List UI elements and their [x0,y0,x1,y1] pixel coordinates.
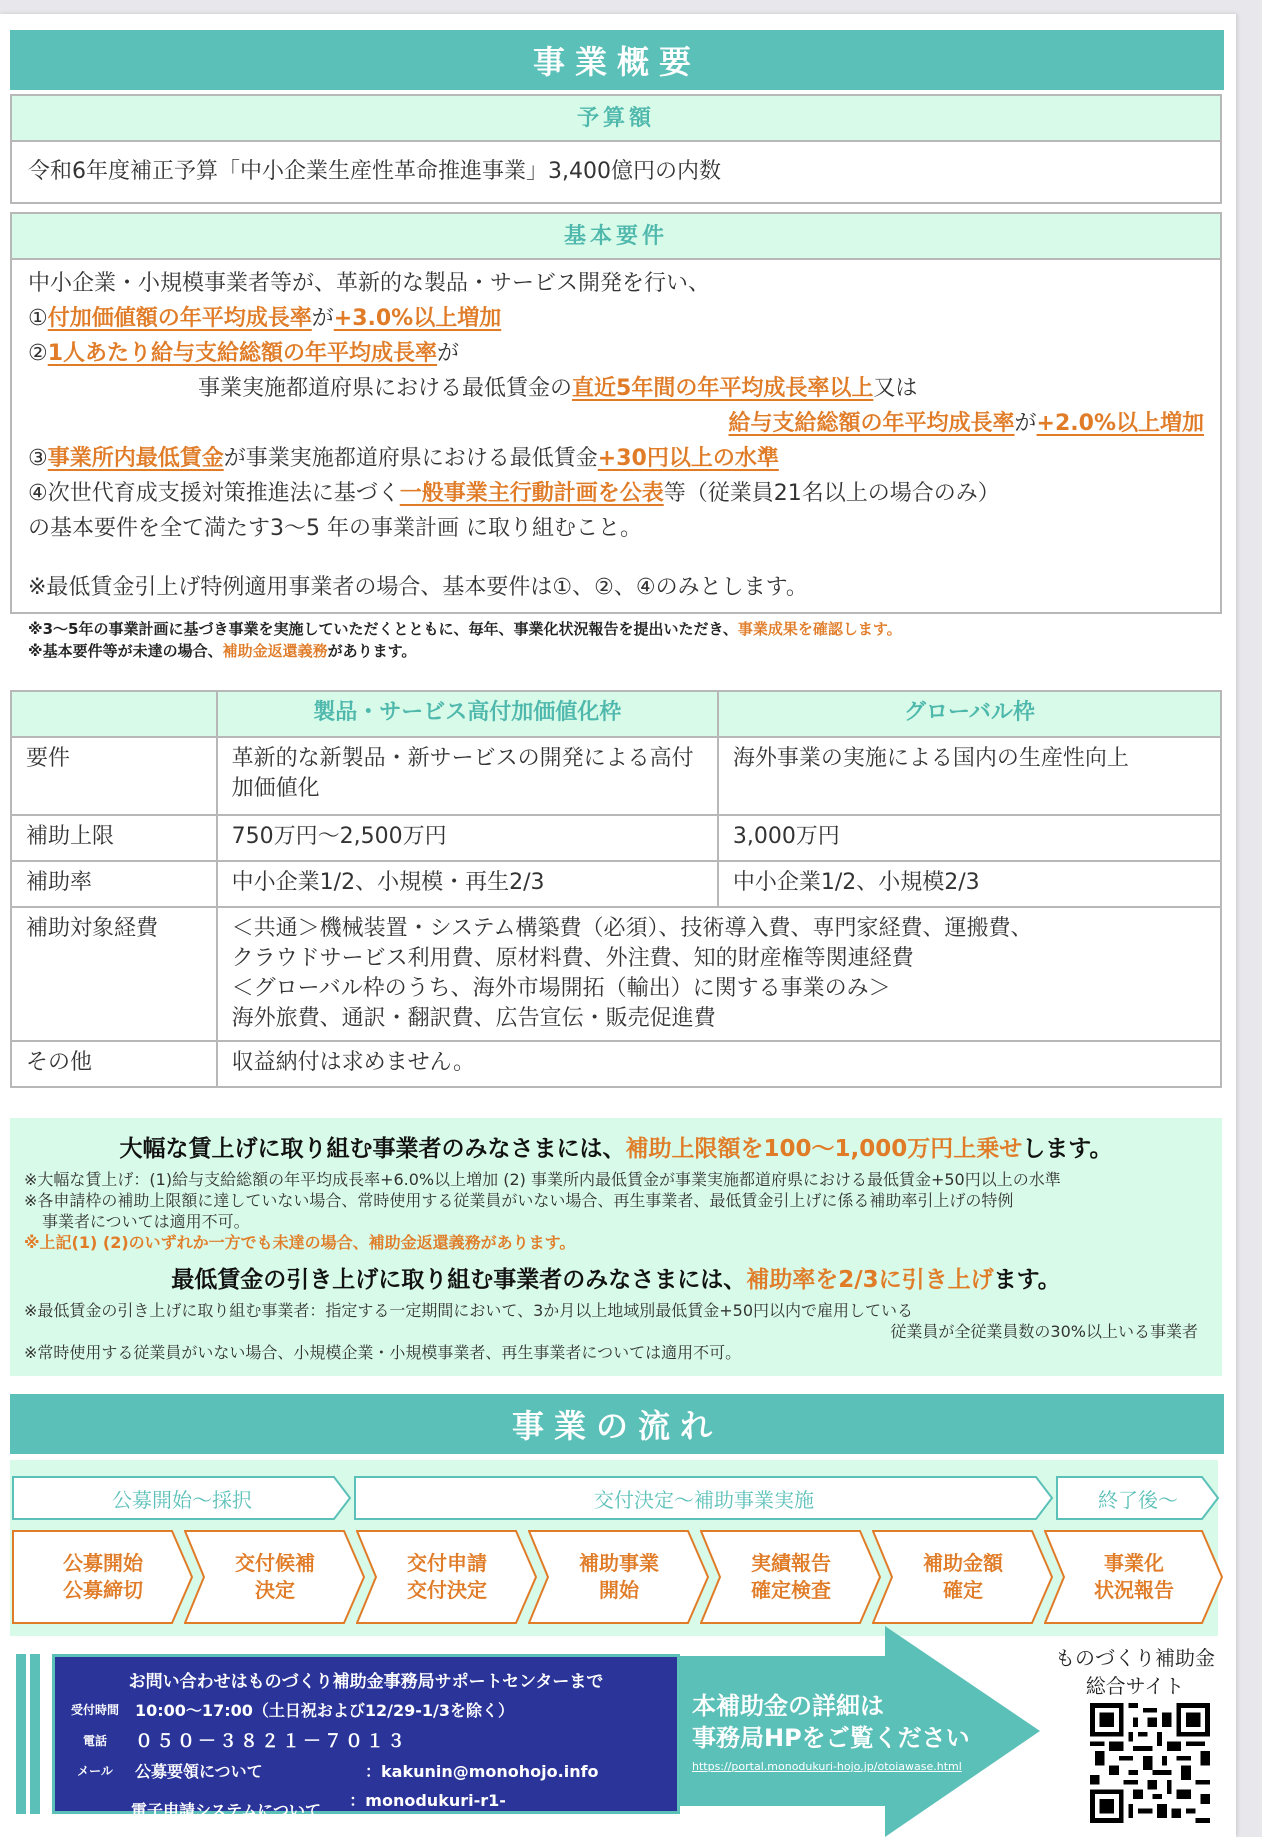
table-header-row: 製品・サービス高付加価値化枠 グローバル枠 [11,691,1221,737]
flow-step-1: 公募開始 公募締切 [12,1530,194,1624]
table-row: 補助率 中小企業1/2、小規模・再生2/3 中小企業1/2、小規模2/3 [11,861,1221,907]
notes: ※3〜5年の事業計画に基づき事業を実施していただくとともに、毎年、事業化状況報告… [28,618,902,662]
budget-heading: 予算額 [12,96,1220,142]
table-row: 補助対象経費 ＜共通＞機械装置・システム構築費（必須）、技術導入費、専門家経費、… [11,907,1221,1041]
table-row: その他 収益納付は求めません。 [11,1041,1221,1087]
phase-after: 終了後〜 [1056,1476,1220,1520]
wage-title-2: 最低賃金の引き上げに取り組む事業者のみなさまには、補助率を2/3に引き上げます。 [24,1261,1208,1294]
requirement-1: ①付加価値額の年平均成長率が+3.0%以上増加 [28,301,1204,336]
section-title-flow: 事業の流れ [10,1394,1224,1454]
phase-implementation: 交付決定〜補助事業実施 [354,1476,1054,1520]
qr-code-icon[interactable] [1090,1702,1210,1824]
table-row: 補助上限 750万円〜2,500万円 3,000万円 [11,815,1221,861]
basic-requirements-box: 基本要件 中小企業・小規模事業者等が、革新的な製品・サービス開発を行い、 ①付加… [10,212,1222,614]
phase-application: 公募開始〜採択 [12,1476,352,1520]
subsidy-table: 製品・サービス高付加価値化枠 グローバル枠 要件 革新的な新製品・新サービスの開… [10,690,1222,1088]
header-high-value-frame: 製品・サービス高付加価値化枠 [217,691,718,737]
section-title-overview: 事業概要 [10,30,1224,90]
requirement-3: ③事業所内最低賃金が事業実施都道府県における最低賃金+30円以上の水準 [28,441,1204,476]
contact-box: お問い合わせはものづくり補助金事務局サポートセンターまで 受付時間10:00〜1… [52,1654,680,1814]
qr-label: ものづくり補助金 総合サイト [1040,1644,1230,1700]
note-2: ※基本要件等が未達の場合、補助金返還義務があります。 [28,640,902,662]
flow-step-3: 交付申請 交付決定 [356,1530,538,1624]
decor-stripe [30,1654,40,1814]
decor-stripe [16,1654,26,1814]
contact-phone: 電話０５０－３８２１－７０１３ [55,1727,677,1753]
requirement-4: ④次世代育成支援対策推進法に基づく一般事業主行動計画を公表等（従業員21名以上の… [28,476,1204,511]
details-url-link[interactable]: https://portal.monodukuri-hojo.jp/otoiaw… [692,1760,970,1773]
requirement-2: ②1人あたり給与支給総額の年平均成長率が [28,336,1204,371]
email-link-denshi[interactable]: ：monodukuri-r1-denshi@ml.nsw.co.jp [349,1788,677,1830]
budget-box: 予算額 令和6年度補正予算「中小企業生産性革命推進事業」3,400億円の内数 [10,94,1222,204]
requirement-2-alt: 給与支給総額の年平均成長率が+2.0%以上増加 [28,406,1204,441]
basic-requirements-heading: 基本要件 [12,214,1220,260]
flow-step-6: 補助金額 確定 [872,1530,1054,1624]
requirement-2-detail: 事業実施都道府県における最低賃金の直近5年間の年平均成長率以上又は [28,371,1204,406]
flow-step-2: 交付候補 決定 [184,1530,366,1624]
contact-mail-1: メール公募要領について：kakunin@monohojo.info [55,1759,677,1782]
email-link-kakunin[interactable]: ：kakunin@monohojo.info [365,1759,599,1782]
wage-title-1: 大幅な賃上げに取り組む事業者のみなさまには、補助上限額を100〜1,000万円上… [24,1130,1208,1163]
flow-step-5: 実績報告 確定検査 [700,1530,882,1624]
requirements-intro: 中小企業・小規模事業者等が、革新的な製品・サービス開発を行い、 [28,266,1204,301]
requirements-closing: の基本要件を全て満たす3〜5 年の事業計画 に取り組むこと。 [28,511,1204,546]
contact-mail-2: 電子申請システムについて：monodukuri-r1-denshi@ml.nsw… [55,1788,677,1830]
requirements-exception: ※最低賃金引上げ特例適用事業者の場合、基本要件は①、②、④のみとします。 [28,570,1204,605]
table-row: 要件 革新的な新製品・新サービスの開発による高付加価値化 海外事業の実施による国… [11,737,1221,815]
details-callout: 本補助金の詳細は 事務局HPをご覧ください https://portal.mon… [692,1690,970,1773]
contact-hours: 受付時間10:00〜17:00（土日祝および12/29-1/3を除く） [55,1698,677,1721]
note-1: ※3〜5年の事業計画に基づき事業を実施していただくとともに、毎年、事業化状況報告… [28,618,902,640]
flow-step-4: 補助事業 開始 [528,1530,710,1624]
wage-increase-box: 大幅な賃上げに取り組む事業者のみなさまには、補助上限額を100〜1,000万円上… [10,1118,1222,1376]
budget-text: 令和6年度補正予算「中小企業生産性革命推進事業」3,400億円の内数 [12,142,1220,202]
header-global-frame: グローバル枠 [718,691,1221,737]
flow-step-7: 事業化 状況報告 [1044,1530,1224,1624]
